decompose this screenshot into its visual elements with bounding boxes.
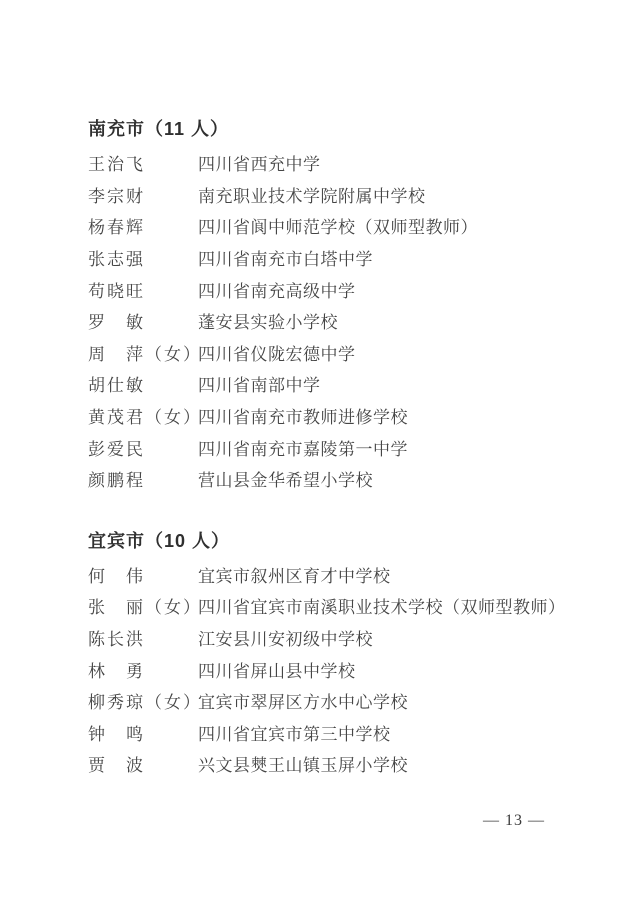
person-name: 何 伟 [88, 562, 198, 587]
school-name: 四川省南充市白塔中学 [198, 245, 373, 270]
person-name: 彭爱民 [88, 435, 198, 460]
roster-row: 张志强四川省南充市白塔中学 [88, 242, 640, 274]
school-name: 四川省南充市教师进修学校 [198, 403, 408, 428]
school-name: 四川省宜宾市南溪职业技术学校（双师型教师） [198, 593, 566, 618]
person-name: 周 萍（女） [88, 340, 198, 365]
person-name: 柳秀琼（女） [88, 688, 198, 713]
school-name: 南充职业技术学院附属中学校 [198, 182, 426, 207]
person-name: 陈长洪 [88, 625, 198, 650]
person-name: 胡仕敏 [88, 371, 198, 396]
roster-row: 何 伟宜宾市叙州区育才中学校 [88, 559, 640, 591]
person-name: 黄茂君（女） [88, 403, 198, 428]
roster-row: 钟 鸣四川省宜宾市第三中学校 [88, 717, 640, 749]
person-name: 杨春辉 [88, 213, 198, 238]
document-page: 南充市（11 人）王治飞四川省西充中学李宗财南充职业技术学院附属中学校杨春辉四川… [0, 0, 640, 905]
roster-rows: 何 伟宜宾市叙州区育才中学校张 丽（女）四川省宜宾市南溪职业技术学校（双师型教师… [88, 559, 640, 780]
city-section-title: 宜宾市（10 人） [88, 531, 640, 552]
school-name: 宜宾市翠屏区方水中心学校 [198, 688, 408, 713]
school-name: 四川省宜宾市第三中学校 [198, 720, 391, 745]
roster-row: 王治飞四川省西充中学 [88, 147, 640, 179]
school-name: 四川省阆中师范学校（双师型教师） [198, 213, 478, 238]
person-name: 王治飞 [88, 150, 198, 175]
person-name: 罗 敏 [88, 308, 198, 333]
person-name: 贾 波 [88, 751, 198, 776]
roster-rows: 王治飞四川省西充中学李宗财南充职业技术学院附属中学校杨春辉四川省阆中师范学校（双… [88, 147, 640, 495]
school-name: 蓬安县实验小学校 [198, 308, 338, 333]
school-name: 兴文县僰王山镇玉屏小学校 [198, 751, 408, 776]
school-name: 四川省仪陇宏德中学 [198, 340, 356, 365]
school-name: 四川省屏山县中学校 [198, 657, 356, 682]
person-name: 张 丽（女） [88, 593, 198, 618]
roster-row: 颜鹏程营山县金华希望小学校 [88, 463, 640, 495]
roster-row: 林 勇四川省屏山县中学校 [88, 653, 640, 685]
school-name: 四川省南充市嘉陵第一中学 [198, 435, 408, 460]
roster-row: 张 丽（女）四川省宜宾市南溪职业技术学校（双师型教师） [88, 590, 640, 622]
roster-row: 陈长洪江安县川安初级中学校 [88, 622, 640, 654]
school-name: 营山县金华希望小学校 [198, 466, 373, 491]
school-name: 宜宾市叙州区育才中学校 [198, 562, 391, 587]
roster-row: 贾 波兴文县僰王山镇玉屏小学校 [88, 748, 640, 780]
roster-row: 彭爱民四川省南充市嘉陵第一中学 [88, 431, 640, 463]
school-name: 江安县川安初级中学校 [198, 625, 373, 650]
school-name: 四川省西充中学 [198, 150, 321, 175]
city-section: 宜宾市（10 人）何 伟宜宾市叙州区育才中学校张 丽（女）四川省宜宾市南溪职业技… [88, 531, 640, 780]
city-section-title: 南充市（11 人） [88, 119, 640, 140]
roster-row: 杨春辉四川省阆中师范学校（双师型教师） [88, 210, 640, 242]
page-number: — 13 — [483, 812, 545, 830]
roster-row: 黄茂君（女）四川省南充市教师进修学校 [88, 400, 640, 432]
school-name: 四川省南充高级中学 [198, 277, 356, 302]
person-name: 颜鹏程 [88, 466, 198, 491]
roster-row: 罗 敏蓬安县实验小学校 [88, 305, 640, 337]
school-name: 四川省南部中学 [198, 371, 321, 396]
city-section: 南充市（11 人）王治飞四川省西充中学李宗财南充职业技术学院附属中学校杨春辉四川… [88, 119, 640, 495]
roster-sections: 南充市（11 人）王治飞四川省西充中学李宗财南充职业技术学院附属中学校杨春辉四川… [0, 0, 640, 780]
roster-row: 周 萍（女）四川省仪陇宏德中学 [88, 337, 640, 369]
person-name: 林 勇 [88, 657, 198, 682]
roster-row: 柳秀琼（女）宜宾市翠屏区方水中心学校 [88, 685, 640, 717]
person-name: 李宗财 [88, 182, 198, 207]
person-name: 张志强 [88, 245, 198, 270]
roster-row: 胡仕敏四川省南部中学 [88, 368, 640, 400]
person-name: 钟 鸣 [88, 720, 198, 745]
person-name: 苟晓旺 [88, 277, 198, 302]
roster-row: 苟晓旺四川省南充高级中学 [88, 273, 640, 305]
roster-row: 李宗财南充职业技术学院附属中学校 [88, 179, 640, 211]
